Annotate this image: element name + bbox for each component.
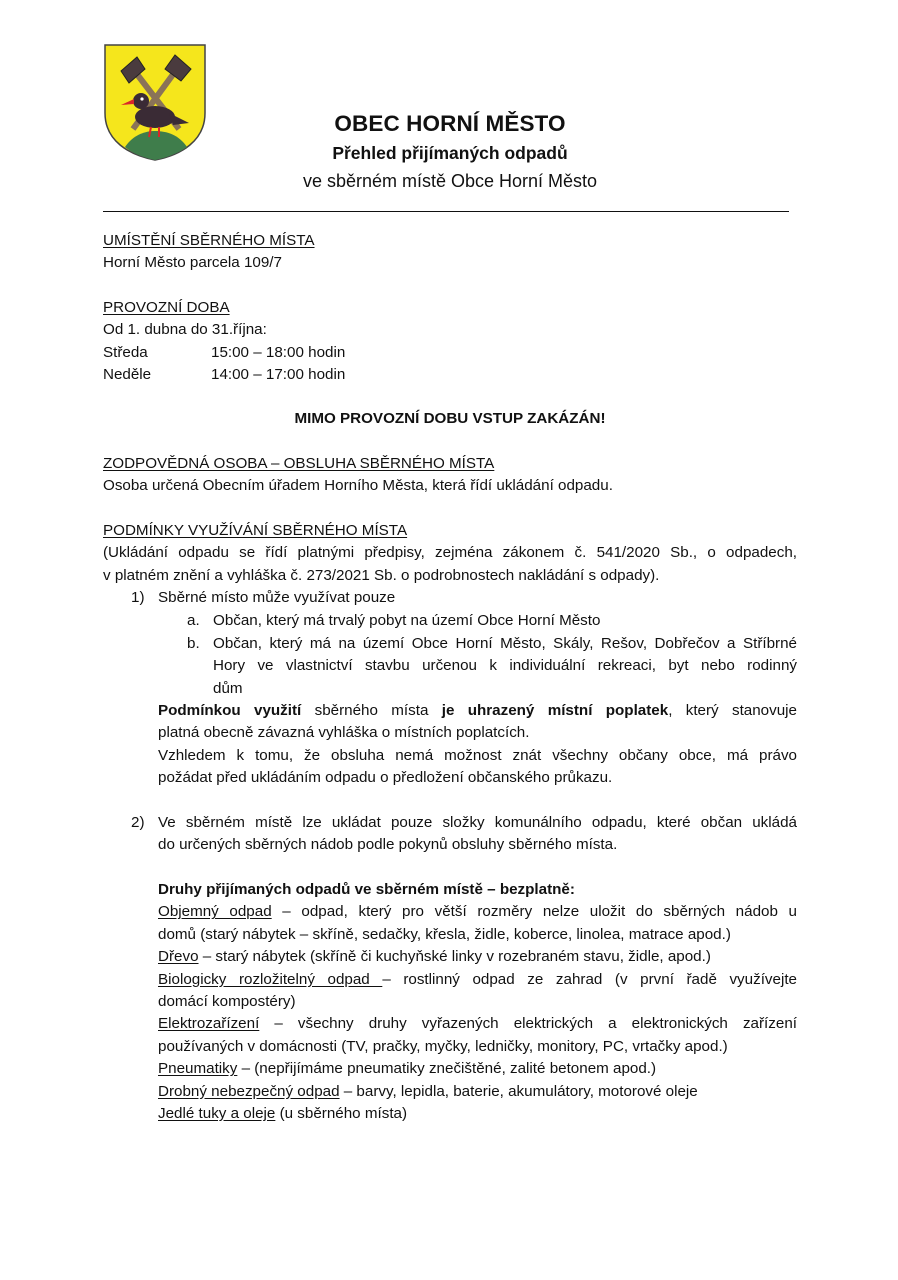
conditions-intro-line: (Ukládání odpadu se řídí platnými předpi… [103, 542, 797, 564]
waste-type-description: domácí kompostéry) [158, 991, 797, 1013]
fee-text: , který stanovuje [668, 702, 797, 719]
location-heading: UMÍSTĚNÍ SBĚRNÉHO MÍSTA [103, 232, 315, 249]
waste-types: Druhy přijímaných odpadů ve sběrném míst… [158, 879, 797, 1125]
waste-type-description: – (nepřijímáme pneumatiky znečištěné, za… [237, 1060, 656, 1077]
waste-type-name: Biologicky rozložitelný odpad [158, 971, 382, 988]
waste-type-name: Pneumatiky [158, 1060, 237, 1077]
waste-type-description: – barvy, lepidla, baterie, akumulátory, … [340, 1083, 698, 1100]
hours-row: Neděle 14:00 – 17:00 hodin [103, 364, 797, 386]
sub-list-text: Občan, který má trvalý pobyt na území Ob… [213, 610, 797, 632]
list-number: 2) [131, 812, 145, 834]
waste-types-heading: Druhy přijímaných odpadů ve sběrném míst… [158, 879, 797, 901]
sub-list-text: dům [213, 678, 797, 700]
header-divider [103, 211, 789, 212]
responsible-heading: ZODPOVĚDNÁ OSOBA – OBSLUHA SBĚRNÉHO MÍST… [103, 455, 494, 472]
sub-list-letter: b. [187, 633, 200, 655]
waste-type-name: Objemný odpad [158, 903, 272, 920]
page-subtitle: Přehled přijímaných odpadů [270, 140, 630, 167]
hours-row: Středa 15:00 – 18:00 hodin [103, 342, 797, 364]
location-section: UMÍSTĚNÍ SBĚRNÉHO MÍSTA Horní Město parc… [103, 230, 797, 275]
waste-type-item: Jedlé tuky a oleje (u sběrného místa) [158, 1103, 797, 1125]
waste-type-description: – odpad, který pro větší rozměry nelze u… [272, 903, 797, 920]
hours-time: 15:00 – 18:00 hodin [211, 342, 345, 364]
hours-day: Neděle [103, 364, 211, 386]
fee-paragraph: Podmínkou využití sběrného místa je uhra… [158, 700, 797, 790]
page-subtitle-location: ve sběrném místě Obce Horní Město [270, 167, 630, 195]
list-item-text: do určených sběrných nádob podle pokynů … [158, 834, 797, 856]
waste-type-item: Drobný nebezpečný odpad – barvy, lepidla… [158, 1081, 797, 1103]
responsible-section: ZODPOVĚDNÁ OSOBA – OBSLUHA SBĚRNÉHO MÍST… [103, 453, 797, 498]
hours-heading: PROVOZNÍ DOBA [103, 299, 230, 316]
header: OBEC HORNÍ MĚSTO Přehled přijímaných odp… [270, 108, 630, 195]
waste-type-item: Objemný odpad – odpad, který pro větší r… [158, 901, 797, 923]
responsible-text: Osoba určená Obecním úřadem Horního Měst… [103, 475, 797, 497]
waste-type-name: Drobný nebezpečný odpad [158, 1083, 340, 1100]
sub-list-item-a: a. Občan, který má trvalý pobyt na území… [187, 610, 797, 632]
conditions-heading: PODMÍNKY VYUŽÍVÁNÍ SBĚRNÉHO MÍSTA [103, 522, 407, 539]
waste-type-description: (u sběrného místa) [275, 1105, 407, 1122]
waste-type-name: Jedlé tuky a oleje [158, 1105, 275, 1122]
hours-time: 14:00 – 17:00 hodin [211, 364, 345, 386]
waste-type-item: Elektrozařízení – všechny druhy vyřazený… [158, 1013, 797, 1035]
access-warning: MIMO PROVOZNÍ DOBU VSTUP ZAKÁZÁN! [103, 408, 797, 430]
id-line: požádat před ukládáním odpadu o předlože… [158, 767, 797, 789]
waste-type-description: domů (starý nábytek – skříně, sedačky, k… [158, 924, 797, 946]
fee-bold: Podmínkou využití [158, 702, 301, 719]
list-number: 1) [131, 587, 145, 609]
sub-list-item-b: b. Občan, který má na území Obce Horní M… [187, 633, 797, 700]
sub-list-text: Občan, který má na území Obce Horní Měst… [213, 633, 797, 655]
waste-types-list: Objemný odpad – odpad, který pro větší r… [158, 901, 797, 1125]
list-item-2: 2) Ve sběrném místě lze ukládat pouze sl… [131, 812, 797, 857]
list-item-text: Sběrné místo může využívat pouze [158, 587, 395, 609]
sub-list-letter: a. [187, 610, 200, 632]
hours-period: Od 1. dubna do 31.října: [103, 319, 797, 341]
id-line: Vzhledem k tomu, že obsluha nemá možnost… [158, 745, 797, 767]
location-text: Horní Město parcela 109/7 [103, 252, 797, 274]
fee-line: Podmínkou využití sběrného místa je uhra… [158, 700, 797, 722]
hours-section: PROVOZNÍ DOBA Od 1. dubna do 31.října: S… [103, 297, 797, 387]
waste-type-name: Dřevo [158, 948, 199, 965]
waste-type-description: – všechny druhy vyřazených elektrických … [259, 1015, 797, 1032]
waste-type-item: Dřevo – starý nábytek (skříně či kuchyňs… [158, 946, 797, 968]
waste-type-description: – starý nábytek (skříně či kuchyňské lin… [199, 948, 711, 965]
coat-of-arms-icon [103, 43, 207, 161]
waste-type-description: používaných v domácnosti (TV, pračky, my… [158, 1036, 797, 1058]
waste-type-name: Elektrozařízení [158, 1015, 259, 1032]
hours-day: Středa [103, 342, 211, 364]
fee-bold: je uhrazený místní poplatek [442, 702, 668, 719]
sub-list-text: Hory ve vlastnictví stavbu určenou k ind… [213, 655, 797, 677]
waste-type-description: – rostlinný odpad ze zahrad (v první řad… [382, 971, 797, 988]
list-item-text: Ve sběrném místě lze ukládat pouze složk… [158, 812, 797, 834]
conditions-section: PODMÍNKY VYUŽÍVÁNÍ SBĚRNÉHO MÍSTA (Uklád… [103, 520, 797, 587]
conditions-intro-line: v platném znění a vyhláška č. 273/2021 S… [103, 565, 797, 587]
waste-type-item: Pneumatiky – (nepřijímáme pneumatiky zne… [158, 1058, 797, 1080]
fee-text: sběrného místa [301, 702, 441, 719]
page-title: OBEC HORNÍ MĚSTO [270, 108, 630, 140]
document-page: OBEC HORNÍ MĚSTO Přehled přijímaných odp… [0, 0, 898, 1280]
fee-line: platná obecně závazná vyhláška o místníc… [158, 722, 797, 744]
waste-type-item: Biologicky rozložitelný odpad – rostlinn… [158, 969, 797, 991]
